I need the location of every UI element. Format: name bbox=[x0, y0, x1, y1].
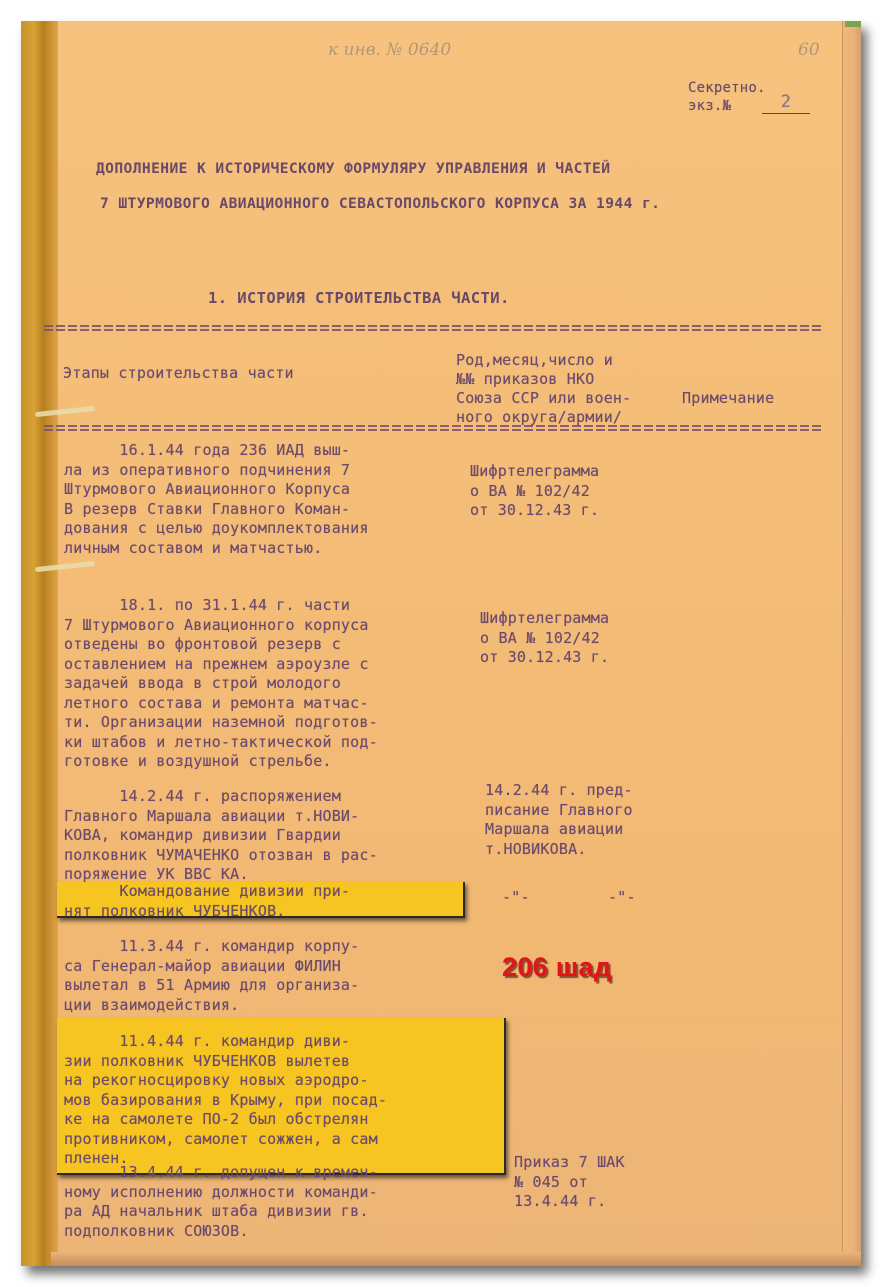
table-row-order: Шифртелеграмма о ВА № 102/42 от 30.12.43… bbox=[470, 462, 599, 521]
table-header-rule bbox=[44, 425, 822, 431]
table-row-stage: 14.2.44 г. распоряжением Главного Маршал… bbox=[64, 787, 378, 885]
binding-spine bbox=[21, 21, 58, 1266]
table-row-order: Приказ 7 ШАК № 045 от 13.4.44 г. bbox=[514, 1153, 625, 1212]
page-bottom-edge bbox=[51, 1252, 861, 1266]
table-row-note: -"- bbox=[608, 888, 636, 908]
table-row-stage: 11.4.44 г. командир диви- зии полковник … bbox=[64, 1032, 387, 1169]
table-top-rule bbox=[44, 325, 822, 331]
table-row-order: -"- bbox=[502, 888, 530, 908]
column-header-stages: Этапы строительства части bbox=[63, 364, 294, 384]
unit-annotation-label: 206 шад bbox=[502, 952, 611, 983]
page-number: 60 bbox=[798, 40, 820, 60]
column-header-orders: Род,месяц,число и №№ приказов НКО Союза … bbox=[456, 351, 631, 427]
copy-label: экз.№ bbox=[688, 97, 731, 115]
table-row-stage: 13.4.44 г. допущен к времен- ному исполн… bbox=[64, 1163, 378, 1241]
table-row-stage: 11.3.44 г. командир корпу- са Генерал-ма… bbox=[64, 937, 359, 1015]
document-title-line-2: 7 ШТУРМОВОГО АВИАЦИОННОГО СЕВАСТОПОЛЬСКО… bbox=[100, 195, 660, 212]
table-row-stage: 16.1.44 года 236 ИАД выш- ла из оператив… bbox=[64, 441, 369, 558]
page-edge bbox=[842, 21, 861, 1266]
table-row-stage: Командование дивизии при- нят полковник … bbox=[64, 882, 350, 921]
section-heading: 1. ИСТОРИЯ СТРОИТЕЛЬСТВА ЧАСТИ. bbox=[208, 289, 510, 307]
document-title-line-1: ДОПОЛНЕНИЕ К ИСТОРИЧЕСКОМУ ФОРМУЛЯРУ УПР… bbox=[96, 160, 610, 177]
classification-label: Секретно. bbox=[688, 79, 766, 97]
archive-note: к инв. № 0640 bbox=[328, 40, 451, 60]
table-row-order: 14.2.44 г. пред- писание Главного Маршал… bbox=[485, 781, 633, 859]
page-corner bbox=[845, 21, 861, 27]
table-row-order: Шифртелеграмма о ВА № 102/42 от 30.12.43… bbox=[480, 609, 609, 668]
table-row-stage: 18.1. по 31.1.44 г. части 7 Штурмового А… bbox=[64, 596, 378, 772]
column-header-notes: Примечание bbox=[682, 389, 774, 409]
copy-number: 2 bbox=[762, 93, 810, 114]
